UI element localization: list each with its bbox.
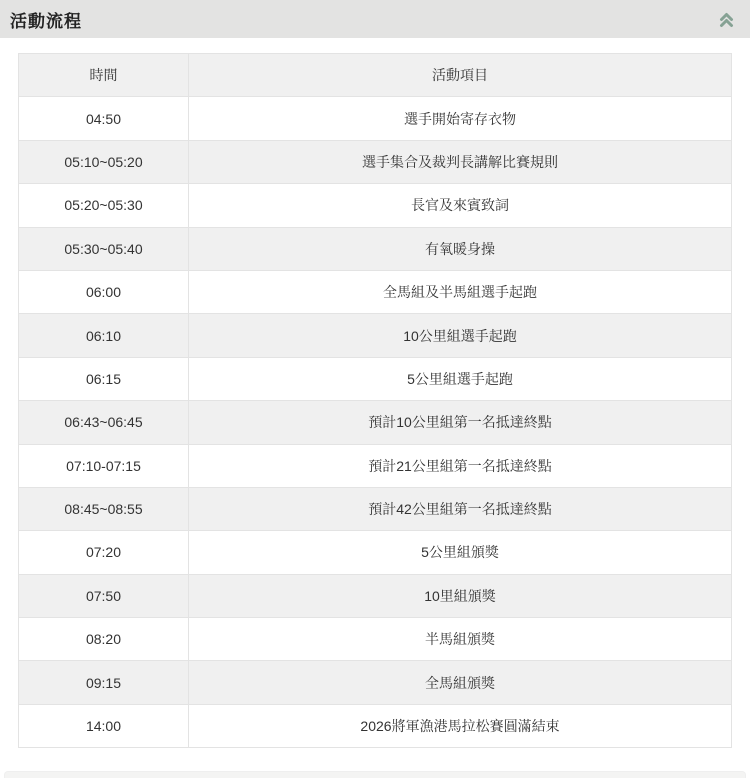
- time-cell: 08:45~08:55: [19, 487, 189, 530]
- column-header-time: 時間: [19, 54, 189, 97]
- time-cell: 07:20: [19, 531, 189, 574]
- time-cell: 07:50: [19, 574, 189, 617]
- activity-cell: 預計42公里組第一名抵達終點: [189, 487, 732, 530]
- activity-cell: 長官及來賓致詞: [189, 184, 732, 227]
- table-row: 07:50 10里組頒獎: [19, 574, 732, 617]
- time-cell: 04:50: [19, 97, 189, 140]
- table-row: 07:20 5公里組頒獎: [19, 531, 732, 574]
- table-row: 05:10~05:20 選手集合及裁判長講解比賽規則: [19, 140, 732, 183]
- time-cell: 06:00: [19, 270, 189, 313]
- next-section-header-partial[interactable]: [4, 771, 746, 778]
- activity-cell: 預計21公里組第一名抵達終點: [189, 444, 732, 487]
- time-cell: 05:10~05:20: [19, 140, 189, 183]
- table-row: 05:20~05:30 長官及來賓致詞: [19, 184, 732, 227]
- table-row: 06:00 全馬組及半馬組選手起跑: [19, 270, 732, 313]
- table-row: 06:43~06:45 預計10公里組第一名抵達終點: [19, 401, 732, 444]
- activity-cell: 半馬組頒獎: [189, 618, 732, 661]
- time-cell: 09:15: [19, 661, 189, 704]
- activity-cell: 選手開始寄存衣物: [189, 97, 732, 140]
- time-cell: 08:20: [19, 618, 189, 661]
- activity-cell: 10里組頒獎: [189, 574, 732, 617]
- activity-schedule-page: 活動流程 時間 活動項目 04:50 選手開始寄存衣物 05:10~05:20 …: [0, 0, 750, 748]
- table-row: 05:30~05:40 有氧暖身操: [19, 227, 732, 270]
- time-cell: 07:10-07:15: [19, 444, 189, 487]
- time-cell: 06:15: [19, 357, 189, 400]
- column-header-activity: 活動項目: [189, 54, 732, 97]
- time-cell: 05:20~05:30: [19, 184, 189, 227]
- time-cell: 05:30~05:40: [19, 227, 189, 270]
- table-row: 09:15 全馬組頒獎: [19, 661, 732, 704]
- activity-cell: 選手集合及裁判長講解比賽規則: [189, 140, 732, 183]
- table-row: 14:00 2026將軍漁港馬拉松賽圓滿結束: [19, 704, 732, 747]
- table-row: 08:20 半馬組頒獎: [19, 618, 732, 661]
- activity-cell: 全馬組及半馬組選手起跑: [189, 270, 732, 313]
- table-row: 04:50 選手開始寄存衣物: [19, 97, 732, 140]
- time-cell: 06:43~06:45: [19, 401, 189, 444]
- time-cell: 06:10: [19, 314, 189, 357]
- section-header-activity-flow[interactable]: 活動流程: [0, 0, 750, 38]
- schedule-table-container: 時間 活動項目 04:50 選手開始寄存衣物 05:10~05:20 選手集合及…: [18, 53, 732, 748]
- schedule-table: 時間 活動項目 04:50 選手開始寄存衣物 05:10~05:20 選手集合及…: [18, 53, 732, 748]
- table-row: 06:10 10公里組選手起跑: [19, 314, 732, 357]
- table-header-row: 時間 活動項目: [19, 54, 732, 97]
- activity-cell: 全馬組頒獎: [189, 661, 732, 704]
- activity-cell: 2026將軍漁港馬拉松賽圓滿結束: [189, 704, 732, 747]
- table-row: 08:45~08:55 預計42公里組第一名抵達終點: [19, 487, 732, 530]
- activity-cell: 5公里組頒獎: [189, 531, 732, 574]
- table-row: 06:15 5公里組選手起跑: [19, 357, 732, 400]
- table-row: 07:10-07:15 預計21公里組第一名抵達終點: [19, 444, 732, 487]
- activity-cell: 5公里組選手起跑: [189, 357, 732, 400]
- activity-cell: 預計10公里組第一名抵達終點: [189, 401, 732, 444]
- activity-cell: 10公里組選手起跑: [189, 314, 732, 357]
- chevron-double-up-icon[interactable]: [717, 10, 736, 29]
- time-cell: 14:00: [19, 704, 189, 747]
- schedule-table-body: 04:50 選手開始寄存衣物 05:10~05:20 選手集合及裁判長講解比賽規…: [19, 97, 732, 748]
- section-title: 活動流程: [10, 7, 82, 32]
- activity-cell: 有氧暖身操: [189, 227, 732, 270]
